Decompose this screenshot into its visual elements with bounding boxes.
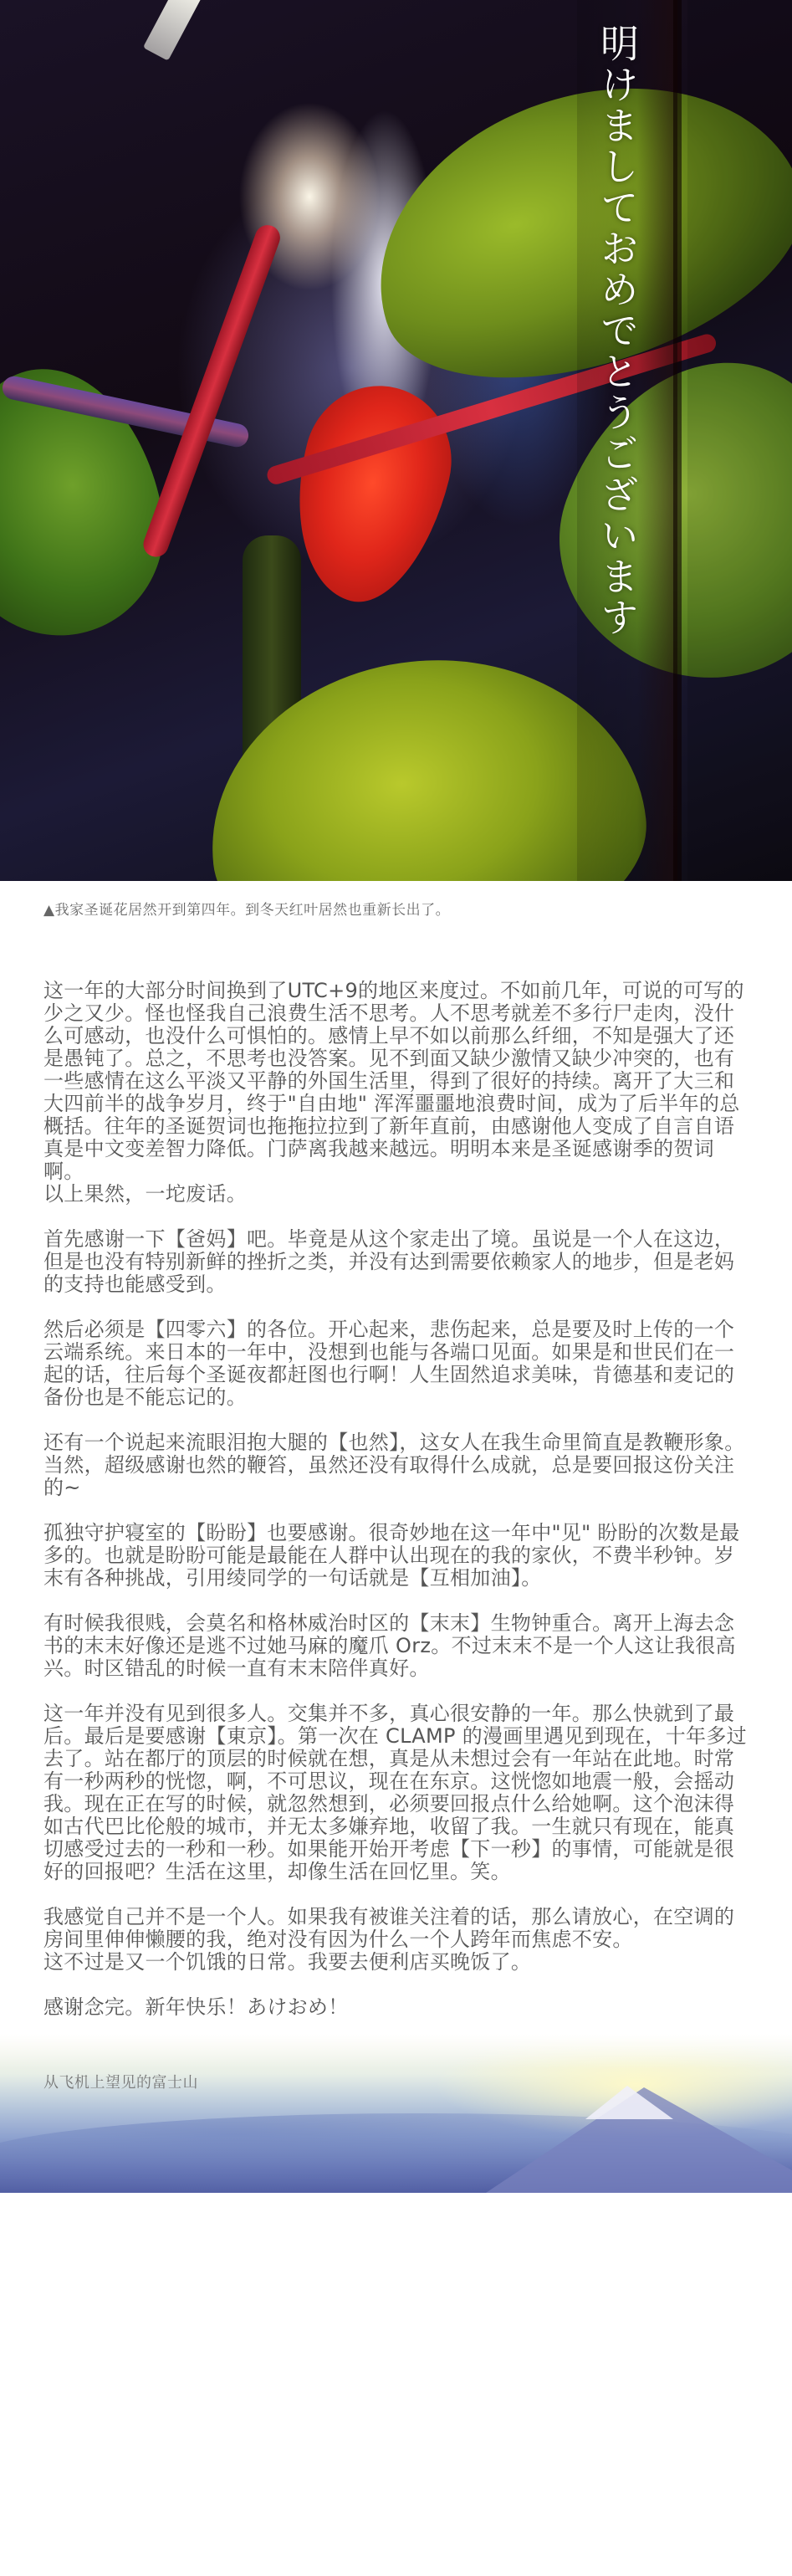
stem-decoration: [140, 222, 284, 561]
image-caption: ▲我家圣诞花居然开到第四年。到冬天红叶居然也重新长出了。: [0, 881, 792, 931]
fuji-caption: 从飞机上望见的富士山: [43, 2071, 198, 2092]
paragraph-tokyo: 这一年并没有见到很多人。交集并不多，真心很安静的一年。那么快就到了最后。最后是要…: [43, 1703, 749, 1883]
fuji-image: 从飞机上望见的富士山: [0, 2034, 792, 2193]
snowcap-shape: [585, 2086, 673, 2119]
article-body: 这一年的大部分时间换到了UTC+9的地区来度过。不如前几年，可说的可写的少之又少…: [0, 931, 792, 2019]
hero-title: 明けましておめでとうございます: [592, 23, 642, 638]
paragraph-parents: 首先感谢一下【爸妈】吧。毕竟是从这个家走出了境。虽说是一个人在这边，但是也没有特…: [43, 1228, 749, 1296]
paragraph-not-alone: 我感觉自己并不是一个人。如果我有被谁关注着的话，那么请放心，在空调的房间里伸伸懒…: [43, 1906, 749, 1974]
vertical-band-overlay: [687, 0, 792, 881]
paragraph-closing: 感谢念完。新年快乐！あけおめ！: [43, 1996, 749, 2019]
paragraph-panpan: 孤独守护寝室的【盼盼】也要感谢。很奇妙地在这一年中"见" 盼盼的次数是最多的。也…: [43, 1522, 749, 1590]
paragraph-intro: 这一年的大部分时间换到了UTC+9的地区来度过。不如前几年，可说的可写的少之又少…: [43, 980, 749, 1206]
vertical-band-overlay: [673, 0, 682, 881]
paragraph-yeran: 还有一个说起来流眼泪抱大腿的【也然】，这女人在我生命里简直是教鞭形象。当然，超级…: [43, 1431, 749, 1499]
red-leaf-decoration: [273, 371, 468, 617]
paragraph-406: 然后必须是【四零六】的各位。开心起来，悲伤起来，总是要及时上传的一个云端系统。来…: [43, 1319, 749, 1409]
paragraph-momo: 有时候我很贱，会莫名和格林威治时区的【末末】生物钟重合。离开上海去念书的末末好像…: [43, 1612, 749, 1680]
hero-image: 明けましておめでとうございます: [0, 0, 792, 881]
light-beam-decoration: [143, 0, 203, 61]
